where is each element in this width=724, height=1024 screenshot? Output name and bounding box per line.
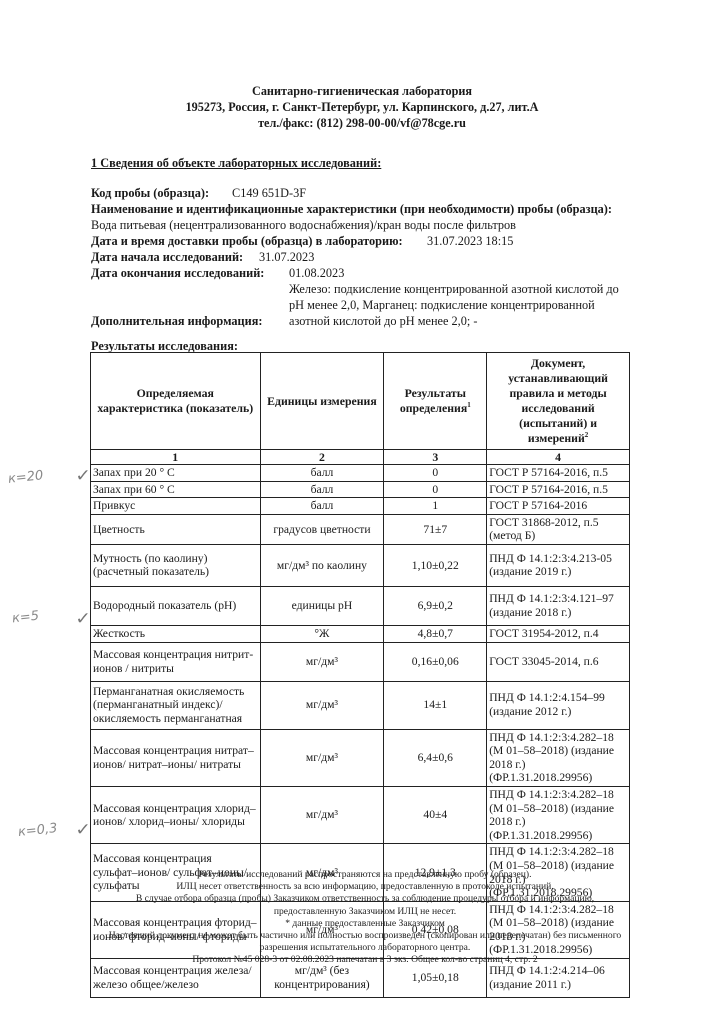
cell-result: 0 [384, 481, 487, 498]
footer-line: Протокол №45 028-3 от 02.08.2023 напечат… [60, 954, 670, 966]
protocol-page: Санитарно-гигиеническая лаборатория 1952… [0, 0, 724, 1024]
lab-contacts: тел./факс: (812) 298-00-00/vf@78cge.ru [0, 115, 724, 131]
column-number: 3 [384, 450, 487, 465]
cell-unit: градусов цветности [260, 514, 384, 544]
cell-unit: единицы pH [260, 586, 384, 625]
sample-name-value-row: Вода питьевая (нецентрализованного водос… [91, 217, 516, 233]
table-row: Массовая концентрация хлорид–ионов/ хлор… [91, 786, 630, 843]
start-date-value: 31.07.2023 [259, 249, 314, 265]
cell-result: 0 [384, 465, 487, 482]
handwritten-note: к=5 [11, 609, 39, 627]
table-row: Перманганатная окисляемость (перманганат… [91, 681, 630, 729]
cell-unit: мг/дм³ по каолину [260, 544, 384, 586]
cell-result: 40±4 [384, 786, 487, 843]
cell-result: 1,10±0,22 [384, 544, 487, 586]
sample-code-label: Код пробы (образца): [91, 186, 209, 200]
cell-method: ГОСТ 33045-2014, п.6 [487, 642, 630, 681]
check-mark-icon: ✓ [75, 609, 91, 629]
cell-result: 6,4±0,6 [384, 729, 487, 786]
cell-result: 14±1 [384, 681, 487, 729]
table-row: Цветностьградусов цветности71±7ГОСТ 3186… [91, 514, 630, 544]
cell-parameter: Цветность [91, 514, 261, 544]
sample-code-value: С149 651D-3F [232, 185, 306, 201]
cell-unit: мг/дм³ [260, 786, 384, 843]
cell-method: ГОСТ 31954-2012, п.4 [487, 625, 630, 642]
cell-method: ГОСТ Р 57164-2016, п.5 [487, 465, 630, 482]
footer-line: Настоящий документ не может быть частичн… [60, 930, 670, 942]
lab-address: 195273, Россия, г. Санкт-Петербург, ул. … [0, 99, 724, 115]
table-row: Водородный показатель (pH)единицы pH6,9±… [91, 586, 630, 625]
cell-method: ПНД Ф 14.1:2:3:4.121–97 (издание 2018 г.… [487, 586, 630, 625]
column-number: 1 [91, 450, 261, 465]
handwritten-note: к=0,3 [17, 821, 58, 840]
cell-unit: мг/дм³ [260, 681, 384, 729]
check-mark-icon: ✓ [75, 466, 91, 486]
table-row: Запах при 20 ° Сбалл0ГОСТ Р 57164-2016, … [91, 465, 630, 482]
sample-name-value: Вода питьевая (нецентрализованного водос… [91, 218, 516, 232]
cell-method: ПНД Ф 14.1:2:4.154–99 (издание 2012 г.) [487, 681, 630, 729]
cell-parameter: Массовая концентрация нитрит-ионов / нит… [91, 642, 261, 681]
additional-info-label: Дополнительная информация: [91, 314, 262, 328]
cell-parameter: Запах при 60 ° С [91, 481, 261, 498]
table-row: Мутность (по каолину) (расчетный показат… [91, 544, 630, 586]
check-mark-icon: ✓ [75, 820, 91, 840]
lab-name: Санитарно-гигиеническая лаборатория [0, 83, 724, 99]
cell-parameter: Массовая концентрация хлорид–ионов/ хлор… [91, 786, 261, 843]
column-header-unit: Единицы измерения [260, 353, 384, 450]
table-row: Массовая концентрация нитрит-ионов / нит… [91, 642, 630, 681]
cell-parameter: Привкус [91, 498, 261, 515]
cell-result: 4,8±0,7 [384, 625, 487, 642]
table-header-row: Определяемая характеристика (показатель)… [91, 353, 630, 450]
end-date-value: 01.08.2023 [289, 265, 344, 281]
footer-line: * данные предоставленные Заказчиком [60, 918, 670, 930]
cell-result: 0,16±0,06 [384, 642, 487, 681]
cell-method: ГОСТ Р 57164-2016, п.5 [487, 481, 630, 498]
column-number: 2 [260, 450, 384, 465]
section-title: 1 Сведения об объекте лабораторных иссле… [91, 156, 381, 171]
delivery-row: Дата и время доставки пробы (образца) в … [91, 233, 403, 249]
delivery-label: Дата и время доставки пробы (образца) в … [91, 234, 403, 248]
cell-unit: балл [260, 465, 384, 482]
sample-code-row: Код пробы (образца): С149 651D-3F [91, 185, 209, 201]
end-date-label: Дата окончания исследований: [91, 266, 264, 280]
cell-unit: мг/дм³ [260, 729, 384, 786]
sample-name-label: Наименование и идентификационные характе… [91, 202, 612, 216]
column-header-method: Документ, устанавливающий правила и мето… [487, 353, 630, 450]
cell-parameter: Мутность (по каолину) (расчетный показат… [91, 544, 261, 586]
cell-parameter: Жесткость [91, 625, 261, 642]
cell-parameter: Массовая концентрация нитрат–ионов/ нитр… [91, 729, 261, 786]
cell-unit: балл [260, 481, 384, 498]
cell-result: 6,9±0,2 [384, 586, 487, 625]
cell-method: ГОСТ 31868-2012, п.5 (метод Б) [487, 514, 630, 544]
cell-result: 1 [384, 498, 487, 515]
lab-header: Санитарно-гигиеническая лаборатория 1952… [0, 83, 724, 131]
column-header-parameter: Определяемая характеристика (показатель) [91, 353, 261, 450]
start-date-label: Дата начала исследований: [91, 250, 243, 264]
start-date-row: Дата начала исследований: 31.07.2023 [91, 249, 243, 265]
cell-unit: мг/дм³ [260, 642, 384, 681]
handwritten-note: к=20 [7, 468, 44, 487]
table-row: Запах при 60 ° Сбалл0ГОСТ Р 57164-2016, … [91, 481, 630, 498]
footer-line: Результаты исследований распространяются… [60, 869, 670, 881]
column-header-result: Результаты определения1 [384, 353, 487, 450]
table-row: Жесткость°Ж4,8±0,7ГОСТ 31954-2012, п.4 [91, 625, 630, 642]
footer-line: ИЛЦ несет ответственность за всю информа… [60, 881, 670, 893]
cell-parameter: Перманганатная окисляемость (перманганат… [91, 681, 261, 729]
cell-method: ПНД Ф 14.1:2:3:4.282–18 (М 01–58–2018) (… [487, 786, 630, 843]
column-number-row: 1 2 3 4 [91, 450, 630, 465]
sample-name-label-row: Наименование и идентификационные характе… [91, 201, 612, 217]
cell-method: ПНД Ф 14.1:2:3:4.213-05 (издание 2019 г.… [487, 544, 630, 586]
footer-line: разрешения испытательного лабораторного … [60, 942, 670, 954]
footer-line: В случае отбора образца (пробы) Заказчик… [60, 893, 670, 905]
table-row: Массовая концентрация нитрат–ионов/ нитр… [91, 729, 630, 786]
footer-line: предоставленную Заказчиком ИЛЦ не несет. [60, 906, 670, 918]
delivery-value: 31.07.2023 18:15 [427, 233, 513, 249]
cell-method: ГОСТ Р 57164-2016 [487, 498, 630, 515]
table-row: Привкусбалл1ГОСТ Р 57164-2016 [91, 498, 630, 515]
cell-method: ПНД Ф 14.1:2:3:4.282–18 (М 01–58–2018) (… [487, 729, 630, 786]
cell-result: 71±7 [384, 514, 487, 544]
cell-unit: °Ж [260, 625, 384, 642]
cell-parameter: Запах при 20 ° С [91, 465, 261, 482]
column-number: 4 [487, 450, 630, 465]
additional-info-value: Железо: подкисление концентрированной аз… [289, 281, 629, 329]
end-date-row: Дата окончания исследований: 01.08.2023 [91, 265, 264, 281]
additional-info-row: Дополнительная информация: [91, 313, 262, 329]
cell-unit: балл [260, 498, 384, 515]
footer-notes: Результаты исследований распространяются… [60, 869, 670, 967]
cell-parameter: Водородный показатель (pH) [91, 586, 261, 625]
